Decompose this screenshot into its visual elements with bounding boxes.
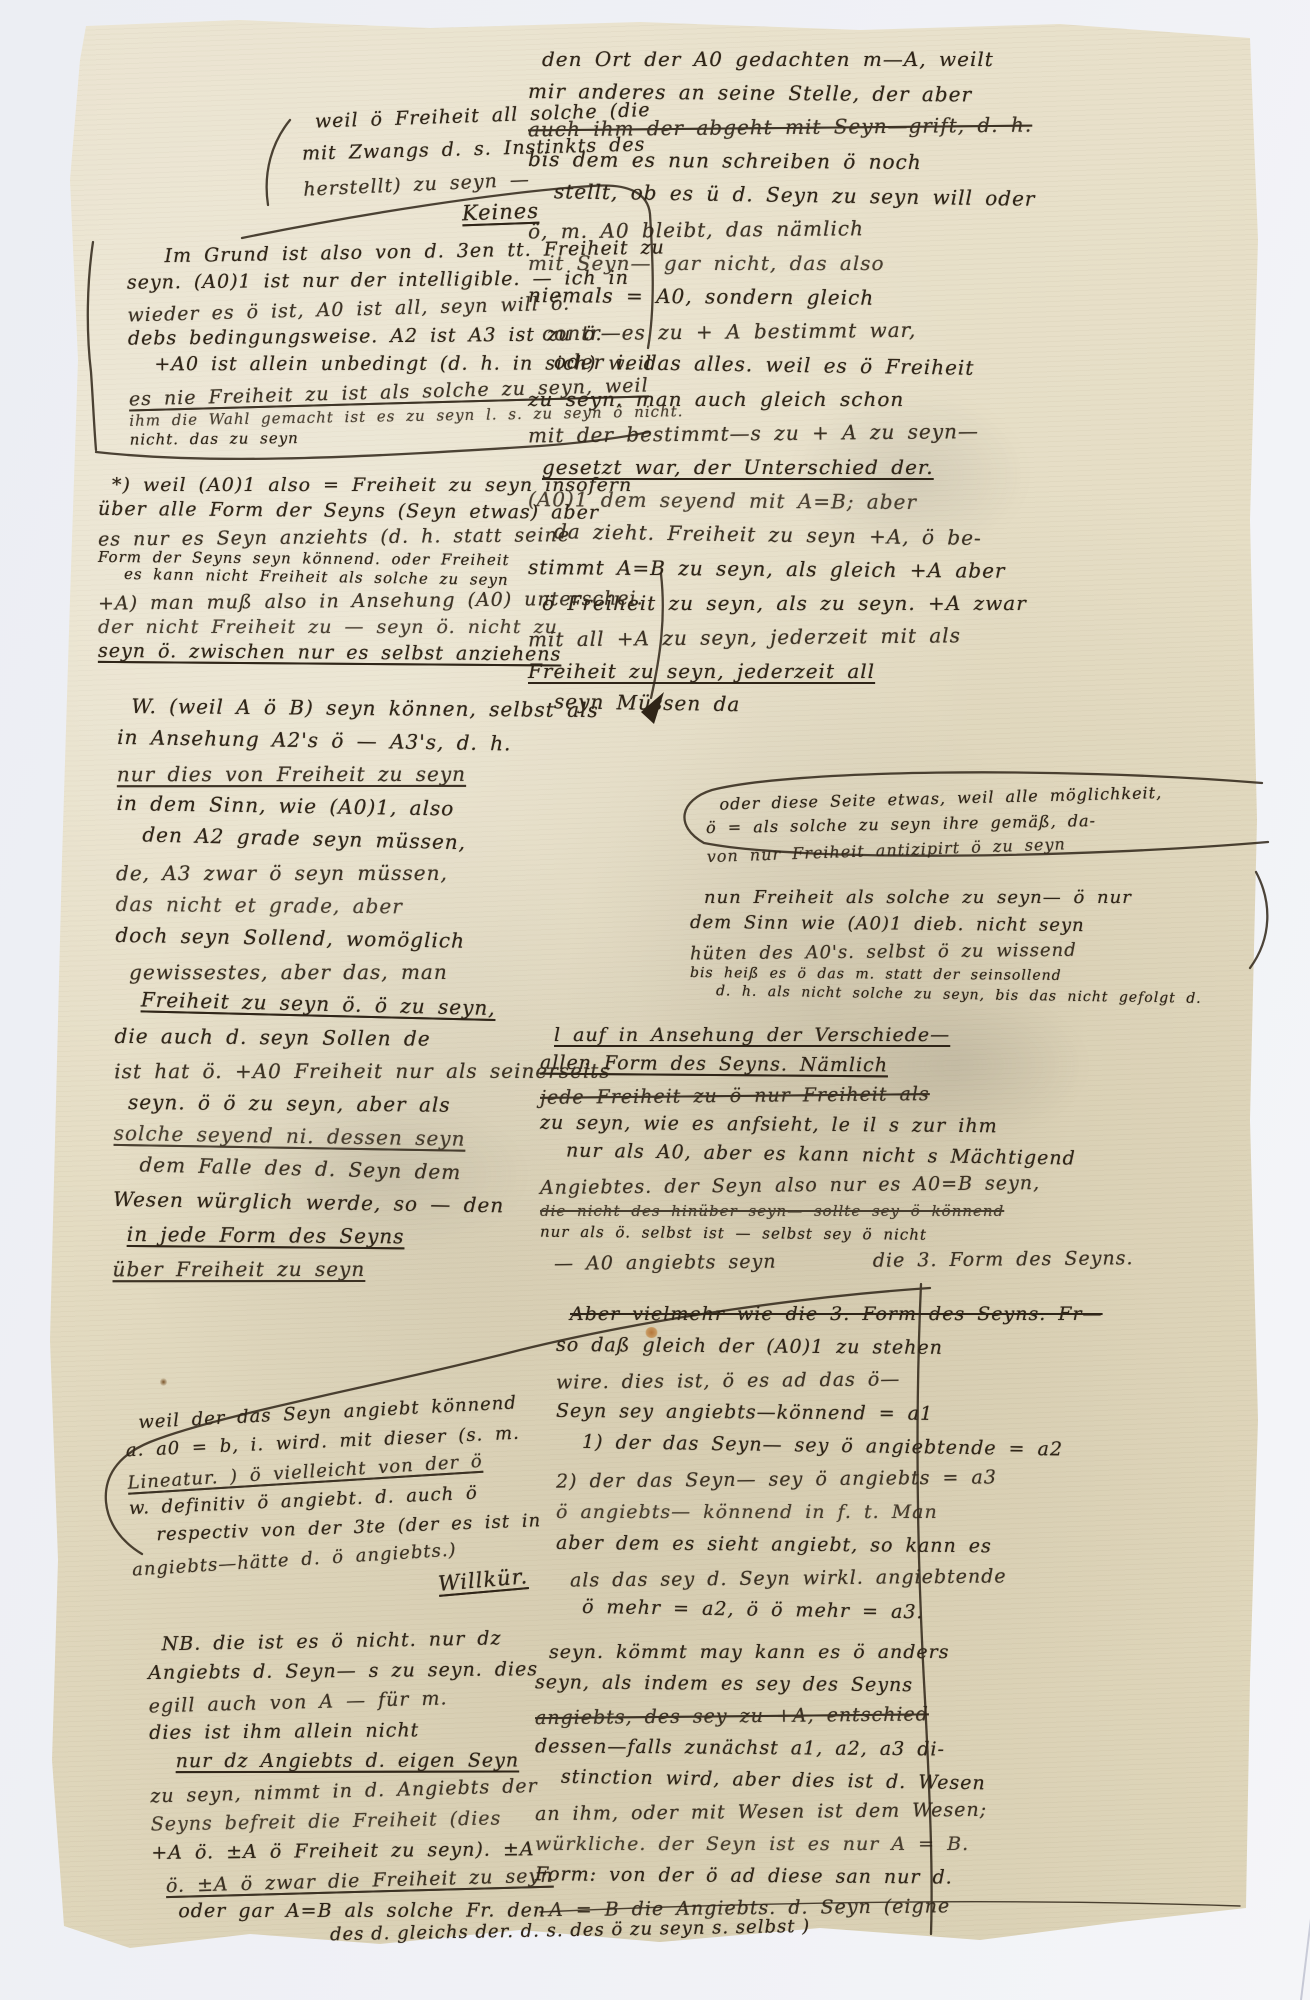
handwritten-line: Angiebtes. der Seyn also nur es A0=B sey… xyxy=(540,1167,1134,1203)
handwritten-line: über Freiheit zu seyn xyxy=(113,1253,609,1286)
handwritten-line: oder i. das alles. weil es ö Freiheit xyxy=(554,344,1036,386)
handwritten-line: zu seyn. man auch gleich schon xyxy=(528,382,1036,416)
nb-paragraph: NB. die ist es ö nicht. nur dzAngiebts d… xyxy=(147,1623,554,1930)
right-column-paragraph-4: Aber vielmehr wie die 3. Form des Seyns.… xyxy=(556,1298,1103,1628)
handwritten-line: mit der bestimmt—s zu + A zu seyn— xyxy=(528,414,1036,453)
handwritten-line: aber dem es sieht angiebt, so kann es xyxy=(556,1527,1103,1564)
handwritten-line: ö mehr = a2, ö ö mehr = a3. xyxy=(582,1591,1103,1632)
handwritten-line: würkliche. der Seyn ist es nur A = B. xyxy=(535,1828,987,1860)
handwritten-line: ö angiebts— könnend in f. t. Man xyxy=(556,1496,1103,1529)
handwritten-line: doch seyn Sollend, womöglich xyxy=(115,919,612,960)
handwritten-line: Freiheit zu seyn, jederzeit all xyxy=(528,654,1036,688)
underlying-sheet-edge xyxy=(1300,1444,1310,2000)
handwritten-line: ist hat ö. +A0 Freiheit nur als seinerse… xyxy=(114,1055,610,1088)
right-column-oval-note: oder diese Seite etwas, weil alle möglic… xyxy=(705,780,1164,867)
handwritten-line: de, A3 zwar ö seyn müssen, xyxy=(116,857,612,890)
handwritten-line: da zieht. Freiheit zu seyn +A, ö be- xyxy=(554,514,1036,556)
right-column-paragraph-1: den Ort der A0 gedachten m—A, weiltmir a… xyxy=(528,42,1036,722)
handwritten-line: nur dies von Freiheit zu seyn xyxy=(117,758,613,791)
handwritten-line: stimmt A=B zu seyn, als gleich +A aber xyxy=(528,550,1036,588)
left-column-paragraph-3: W. (weil A ö B) seyn können, selbst alsi… xyxy=(112,690,613,1288)
right-column-paragraph-2: nun Freiheit als solche zu seyn— ö nurde… xyxy=(690,884,1202,1005)
handwritten-line: seyn Müssen da xyxy=(554,684,1036,726)
handwritten-line: auch ihm der abgeht mit Seyn—grift, d. h… xyxy=(528,108,1036,147)
handwritten-line: mit all +A zu seyn, jederzeit mit als xyxy=(528,618,1036,657)
handwritten-line: angiebts, des sey zu +A, entschied xyxy=(535,1698,987,1734)
handwritten-line: dies ist ihm allein nicht xyxy=(149,1714,551,1748)
handwritten-line: Aber vielmehr wie die 3. Form des Seyns.… xyxy=(570,1298,1103,1331)
handwritten-line: — A0 angiebts seyn die 3. Form des Seyns… xyxy=(554,1243,1134,1279)
handwritten-line: Form: von der ö ad diese san nur d. xyxy=(535,1858,987,1894)
handwritten-line: so daß gleich der (A0)1 zu stehen xyxy=(556,1329,1103,1366)
handwritten-line: seyn, als indem es sey des Seyns xyxy=(535,1666,987,1702)
handwritten-line: die nicht des hinüber seyn— sollte sey ö… xyxy=(540,1200,1133,1223)
handwritten-line: nun Freiheit als solche zu seyn— ö nur xyxy=(704,884,1202,911)
handwritten-line: seyn. kömmt may kann es ö anders xyxy=(549,1636,987,1668)
left-column-circled-note: weil der das Seyn angiebt könnenda. a0 =… xyxy=(124,1387,543,1582)
handwritten-line: mit Seyn— gar nicht, das also xyxy=(528,246,1036,280)
handwritten-line: den Ort der A0 gedachten m—A, weilt xyxy=(542,42,1036,76)
right-column-paragraph-5: seyn. kömmt may kann es ö andersseyn, al… xyxy=(535,1636,987,1924)
handwritten-line: ö, m. A0 bleibt, das nämlich xyxy=(528,210,1036,249)
right-column-paragraph-3: l auf in Ansehung der Verschiede—allen F… xyxy=(540,1020,1133,1276)
handwritten-line: wire. dies ist, ö es ad das ö— xyxy=(556,1361,1103,1399)
handwritten-line: gesetzt war, der Unterschied der. xyxy=(542,450,1036,484)
handwritten-line: mir anderes an seine Stelle, der aber xyxy=(528,74,1036,112)
handwritten-line: in Ansehung A2's ö — A3's, d. h. xyxy=(117,721,614,762)
handwritten-line: 2) der das Seyn— sey ö angiebts = a3 xyxy=(556,1460,1103,1498)
handwritten-line: niemals = A0, sondern gleich xyxy=(528,278,1036,316)
manuscript-scan: weil ö Freiheit all solche (diemit Zwang… xyxy=(0,0,1310,2000)
handwritten-line: l auf in Ansehung der Verschiede— xyxy=(554,1020,1133,1050)
handwritten-line: ö Freiheit zu seyn, als zu seyn. +A zwar xyxy=(542,586,1036,620)
handwritten-line: in jede Form des Seyns xyxy=(127,1218,610,1255)
handwritten-line: an ihm, oder mit Wesen ist dem Wesen; xyxy=(535,1794,987,1830)
